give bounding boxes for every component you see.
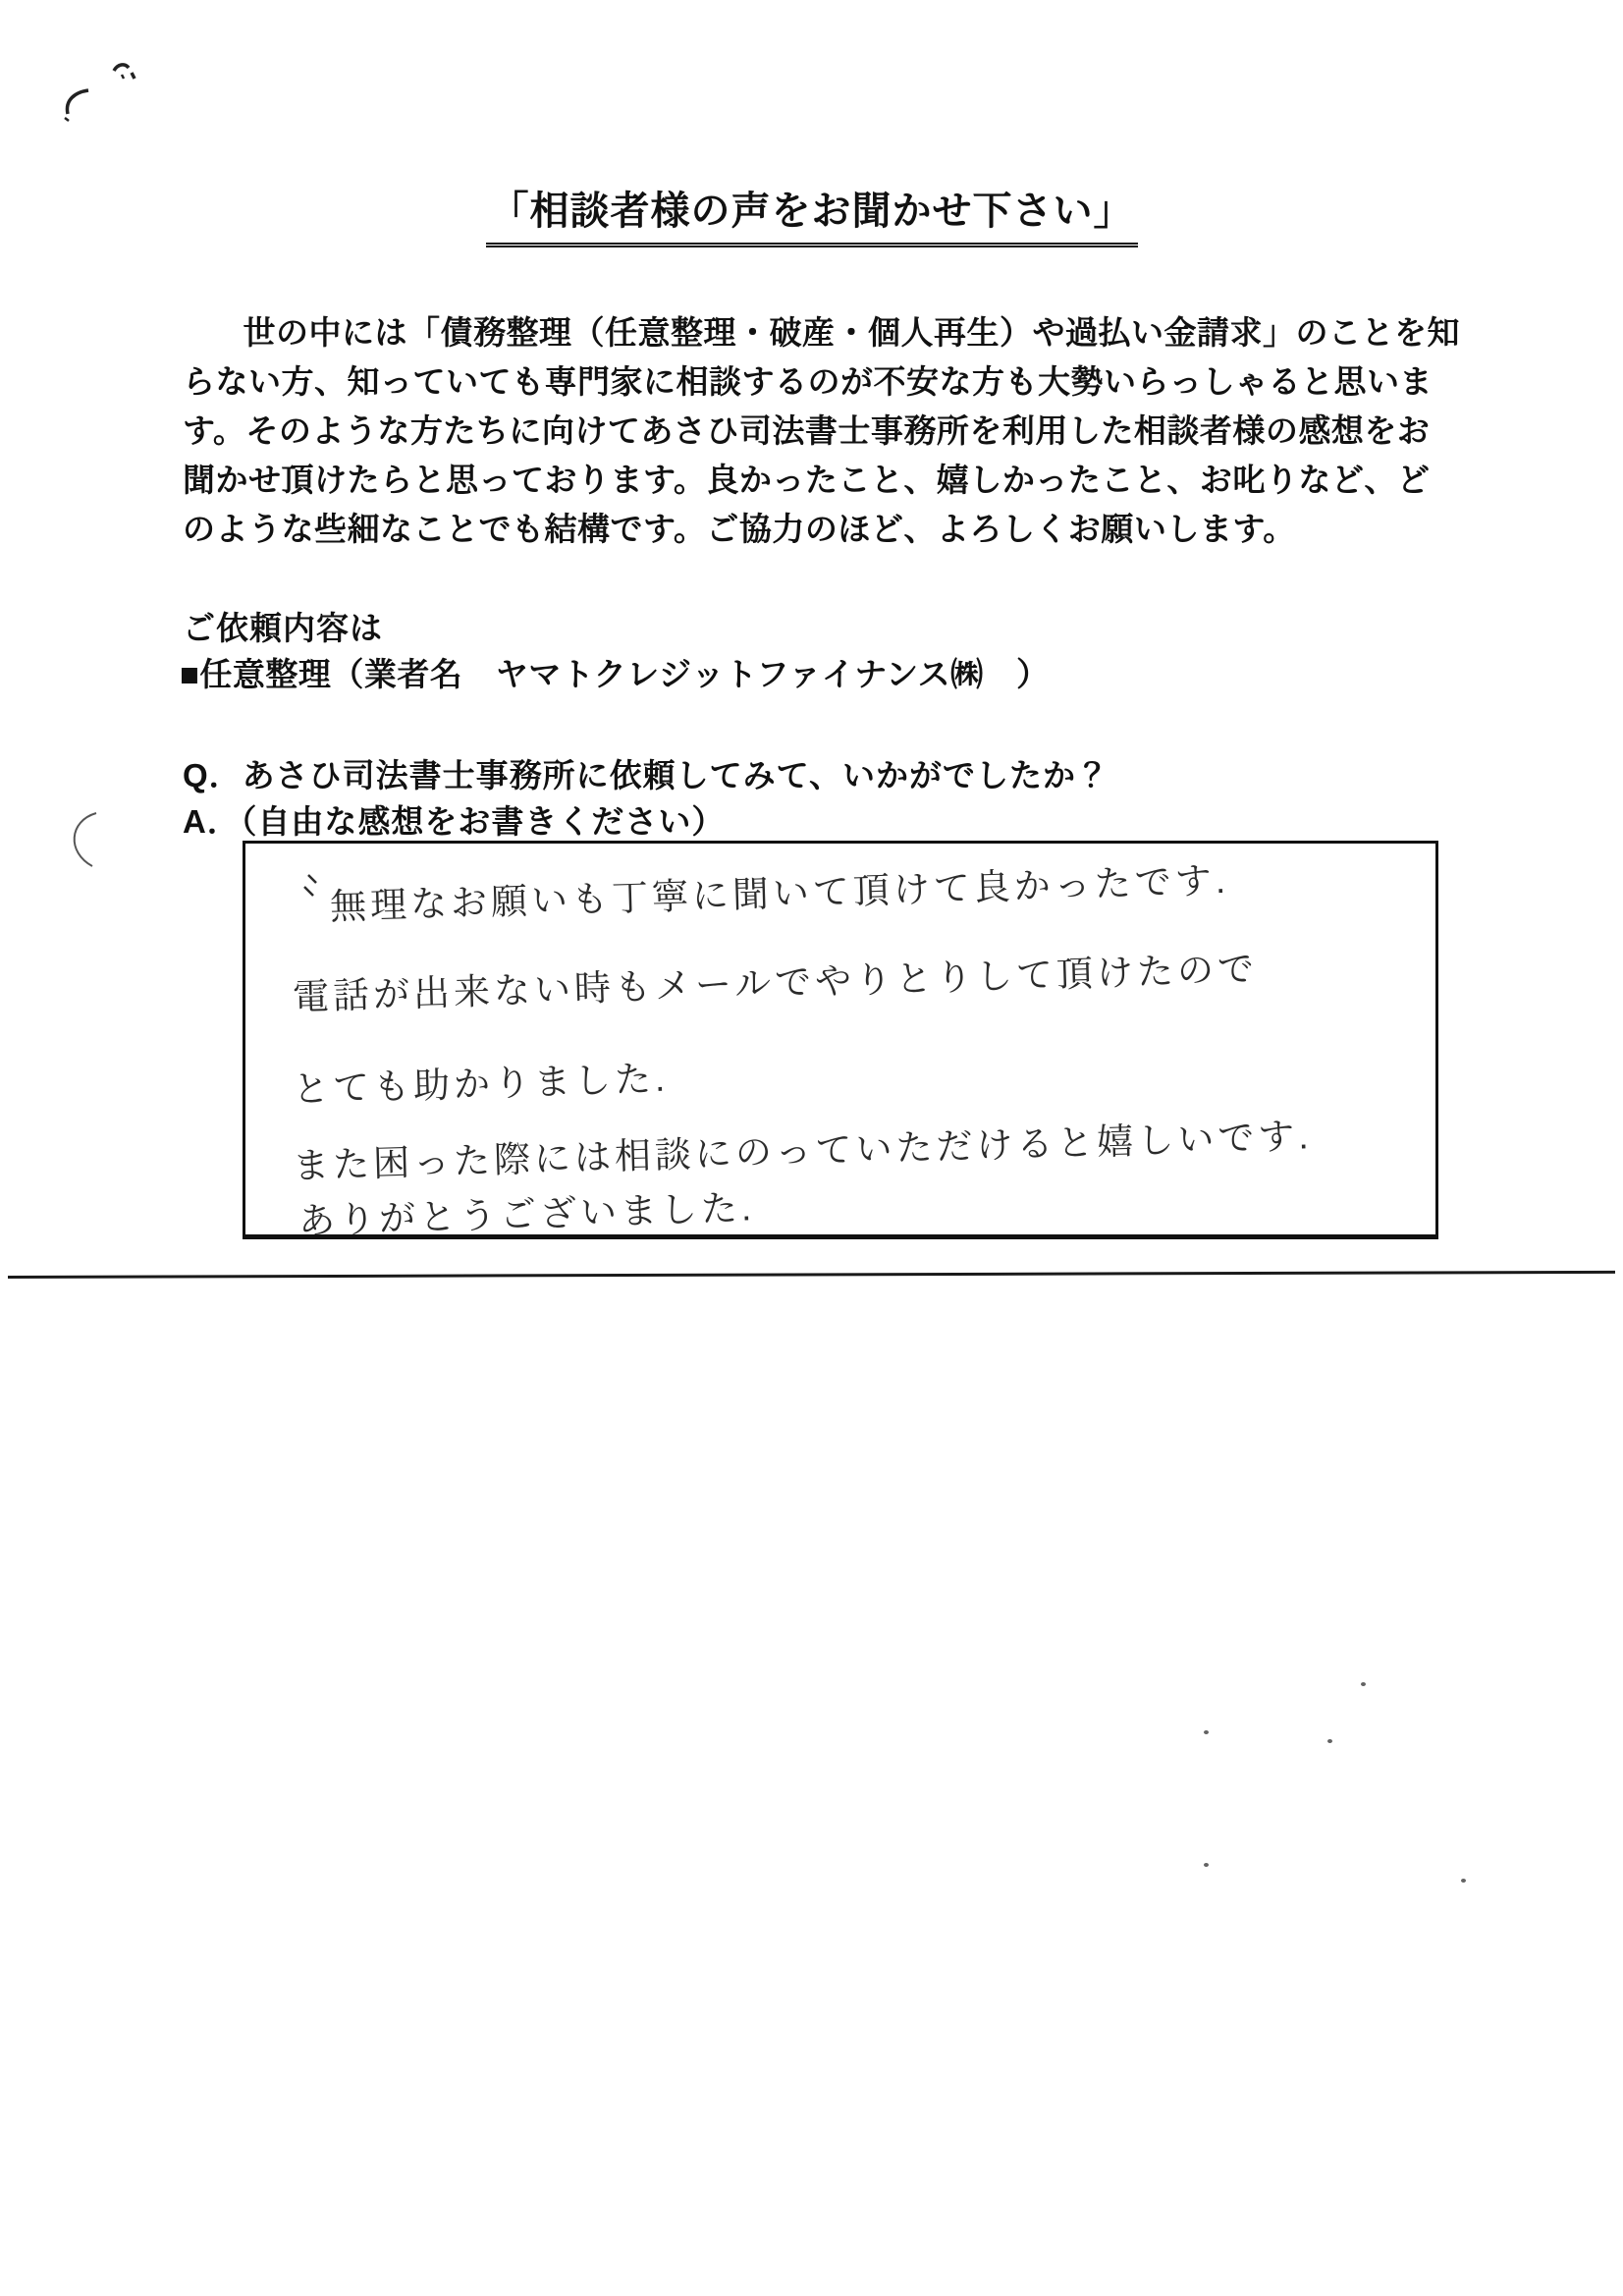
handwritten-line: とても助かりました.: [292, 1049, 670, 1113]
scan-speck: [1461, 1879, 1466, 1883]
handwritten-line: 電話が出来ない時もメールでやりとりして頂けたので: [292, 939, 1258, 1020]
intro-line: 世の中には「債務整理（任意整理・破産・個人再生）や過払い金請求」のことを知: [183, 308, 1479, 357]
intro-line: す。そのような方たちに向けてあさひ司法書士事務所を利用した相談者様の感想をお: [183, 407, 1479, 456]
intro-line: 聞かせ頂けたらと思っております。良かったこと、嬉しかったこと、お叱りなど、ど: [183, 456, 1479, 505]
handwritten-line: また困った際には相談にのっていただけると嬉しいです.: [292, 1106, 1313, 1189]
title-row: 「相談者様の声をお聞かせ下さい」: [0, 180, 1623, 247]
intro-line: のような些細なことでも結構です。ご協力のほど、よろしくお願いします。: [183, 505, 1479, 554]
scan-speck: [1327, 1739, 1332, 1743]
handwritten-line: ありがとうございました.: [298, 1177, 756, 1244]
feedback-response-box: 無理なお願いも丁寧に聞いて頂けて良かったです. 電話が出来ない時もメールでやりと…: [243, 841, 1438, 1239]
scan-artifact-curve-mark: [61, 807, 104, 872]
scan-artifact-pen-strokes: [300, 869, 330, 902]
scan-speck: [1204, 1730, 1209, 1734]
intro-line: らない方、知っていても専門家に相談するのが不安な方も大勢いらっしゃると思いま: [183, 357, 1479, 407]
request-heading: ご依頼内容は: [183, 603, 383, 649]
handwritten-line: 無理なお願いも丁寧に聞いて頂けて良かったです.: [329, 850, 1229, 930]
question-line: Q．あさひ司法書士事務所に依頼してみて、いかがでしたか？: [183, 750, 1109, 796]
intro-paragraph: 世の中には「債務整理（任意整理・破産・個人再生）や過払い金請求」のことを知 らな…: [183, 308, 1479, 554]
scan-artifact-hook-mark: [55, 82, 98, 126]
scan-speck: [1172, 413, 1176, 416]
scan-speck: [1204, 1863, 1209, 1867]
scanned-questionnaire-page: 「相談者様の声をお聞かせ下さい」 世の中には「債務整理（任意整理・破産・個人再生…: [0, 0, 1623, 2296]
page-title: 「相談者様の声をお聞かせ下さい」: [486, 180, 1138, 247]
scan-speck: [1361, 1682, 1366, 1686]
request-item-ninni-seiri: ■任意整理（業者名 ヤマトクレジットファイナンス㈱ ）: [180, 649, 1050, 695]
scan-artifact-top-mark: [108, 59, 147, 94]
answer-prompt-line: A．（自由な感想をお書きください）: [183, 796, 725, 843]
horizontal-rule: [8, 1271, 1615, 1279]
